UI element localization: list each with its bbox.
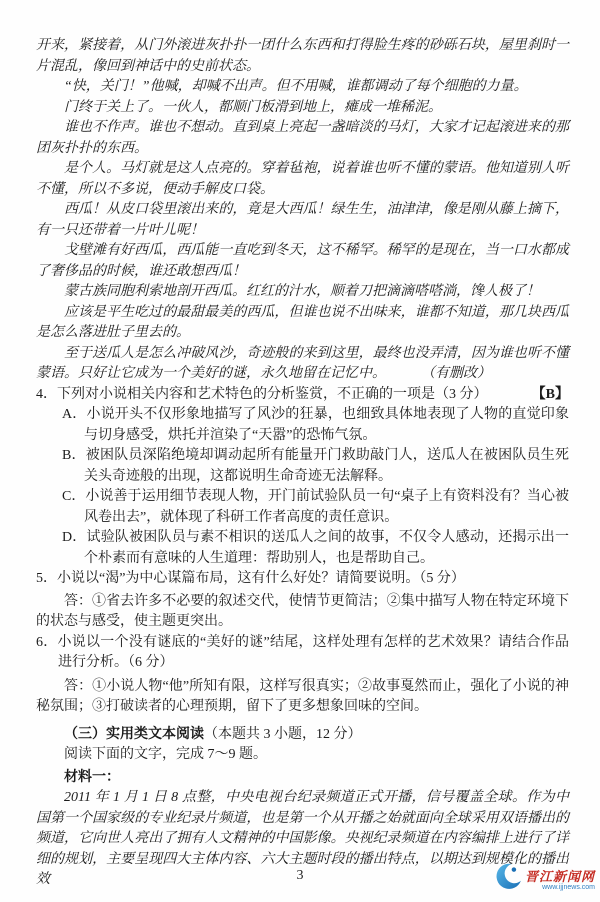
- excerpt-last-paragraph: 至于送瓜人是怎么冲破风沙，奇迹般的来到这里，最终也没弄清，因为谁也听不懂蒙语。只…: [36, 344, 569, 385]
- excerpt-paragraph: 门终于关上了。一伙人，都顺门板滑到地上，瘫成一堆稀泥。: [36, 98, 569, 119]
- section-3-heading: （三）实用类文本阅读（本题共 3 小题，12 分）: [36, 723, 569, 746]
- question-6-number: 6．: [36, 635, 58, 650]
- news-site-watermark: 晋江新闻网 www.ijjnews.com: [495, 863, 595, 898]
- question-6-stem: 小说以一个没有谜底的“美好的谜”结尾，这样处理有怎样的艺术效果？请结合作品进行分…: [58, 635, 570, 671]
- question-5-answer: 答：①省去许多不必要的叙述交代，使情节更简洁；②集中描写人物在特定环境下的状态与…: [36, 592, 569, 633]
- option-b-label: B．: [62, 448, 86, 463]
- excerpt-paragraph: 戈壁滩有好西瓜，西瓜能一直吃到冬天，这不稀罕。稀罕的是现在，当一口水都成了奢侈品…: [36, 241, 569, 282]
- logo-text-block: 晋江新闻网 www.ijjnews.com: [525, 870, 595, 891]
- logo-site-name: 晋江新闻网: [525, 870, 595, 883]
- excerpt-paragraph: 西瓜！从皮口袋里滚出来的，竟是大西瓜！绿生生，油津津，像是刚从藤上摘下，有一只还…: [36, 200, 569, 241]
- document-page: 开来，紧接着，从门外滚进灰扑扑一团什么东西和打得脸生疼的砂砾石块，屋里刹时一片混…: [0, 0, 600, 902]
- logo-site-url: www.ijjnews.com: [525, 884, 595, 891]
- question-4-option-a: A．小说开头不仅形象地描写了风沙的狂暴，也细致具体地表现了人物的直觉印象与切身感…: [36, 405, 569, 446]
- excerpt-paragraph: 是个人。马灯就是这人点亮的。穿着毡袍，说着谁也听不懂的蒙语。他知道别人听不懂，所…: [36, 159, 569, 200]
- question-5: 5．小说以“渴”为中心谋篇布局，这有什么好处？请简要说明。（5 分）: [36, 569, 569, 590]
- question-6: 6．小说以一个没有谜底的“美好的谜”结尾，这样处理有怎样的艺术效果？请结合作品进…: [36, 633, 569, 674]
- swoosh-logo-icon: [495, 863, 523, 898]
- section-3-instruction: 阅读下面的文字，完成 7～9 题。: [36, 745, 569, 766]
- question-5-stem: 小说以“渴”为中心谋篇布局，这有什么好处？请简要说明。（5 分）: [57, 571, 465, 586]
- question-6-answer: 答：①小说人物“他”所知有限，这样写很真实；②故事戛然而止，强化了小说的神秘氛围…: [36, 677, 569, 718]
- excerpt-paragraph: 谁也不作声。谁也不想动。直到桌上亮起一盏暗淡的马灯，大家才记起滚进来的那团灰扑扑…: [36, 118, 569, 159]
- question-4: 【B】4．下列对小说相关内容和艺术特色的分析鉴赏，不正确的一项是（3 分）: [36, 385, 569, 406]
- excerpt-attribution: （有删改）: [428, 366, 491, 381]
- excerpt-paragraph: 应该是平生吃过的最甜最美的西瓜，但谁也说不出味来，谁都不知道，那几块西瓜是怎么落…: [36, 303, 569, 344]
- question-5-number: 5．: [36, 571, 57, 586]
- section-3-title-detail: （本题共 3 小题，12 分）: [204, 727, 362, 742]
- material-1-label: 材料一：: [36, 766, 569, 789]
- excerpt-paragraph: 蒙古族同胞利索地剖开西瓜。红红的汁水，顺着刀把滴滴嗒嗒淌，馋人极了！: [36, 282, 569, 303]
- section-3-title: （三）实用类文本阅读: [64, 725, 204, 741]
- question-4-stem: 下列对小说相关内容和艺术特色的分析鉴赏，不正确的一项是（3 分）: [57, 387, 488, 402]
- option-c-text: 小说善于运用细节表现人物，开门前试验队员一句“桌子上有资料没有？当心被风卷出去”…: [84, 489, 569, 525]
- excerpt-paragraph: 开来，紧接着，从门外滚进灰扑扑一团什么东西和打得脸生疼的砂砾石块，屋里刹时一片混…: [36, 36, 569, 77]
- option-a-label: A．: [62, 407, 87, 422]
- option-d-text: 试验队被困队员与素不相识的送瓜人之间的故事，不仅令人感动，还揭示出一个朴素而有意…: [84, 530, 569, 566]
- material-1-label-text: 材料一：: [64, 768, 120, 784]
- question-4-option-d: D．试验队被困队员与素不相识的送瓜人之间的故事，不仅令人感动，还揭示出一个朴素而…: [36, 528, 569, 569]
- option-c-label: C．: [62, 489, 85, 504]
- option-d-label: D．: [62, 530, 87, 545]
- option-a-text: 小说开头不仅形象地描写了风沙的狂暴，也细致具体地表现了人物的直觉印象与切身感受，…: [84, 407, 569, 443]
- question-4-option-c: C．小说善于运用细节表现人物，开门前试验队员一句“桌子上有资料没有？当心被风卷出…: [36, 487, 569, 528]
- page-content: 开来，紧接着，从门外滚进灰扑扑一团什么东西和打得脸生疼的砂砾石块，屋里刹时一片混…: [36, 36, 569, 891]
- excerpt-paragraph: “快，关门！”他喊，却喊不出声。但不用喊，谁都调动了每个细胞的力量。: [36, 77, 569, 98]
- question-4-option-b: B．被困队员深陷绝境却调动起所有能量开门救助敲门人，送瓜人在被困队员生死关头奇迹…: [36, 446, 569, 487]
- option-b-text: 被困队员深陷绝境却调动起所有能量开门救助敲门人，送瓜人在被困队员生死关头奇迹般的…: [84, 448, 569, 484]
- question-4-number: 4．: [36, 387, 57, 402]
- question-4-answer-mark: 【B】: [554, 385, 569, 406]
